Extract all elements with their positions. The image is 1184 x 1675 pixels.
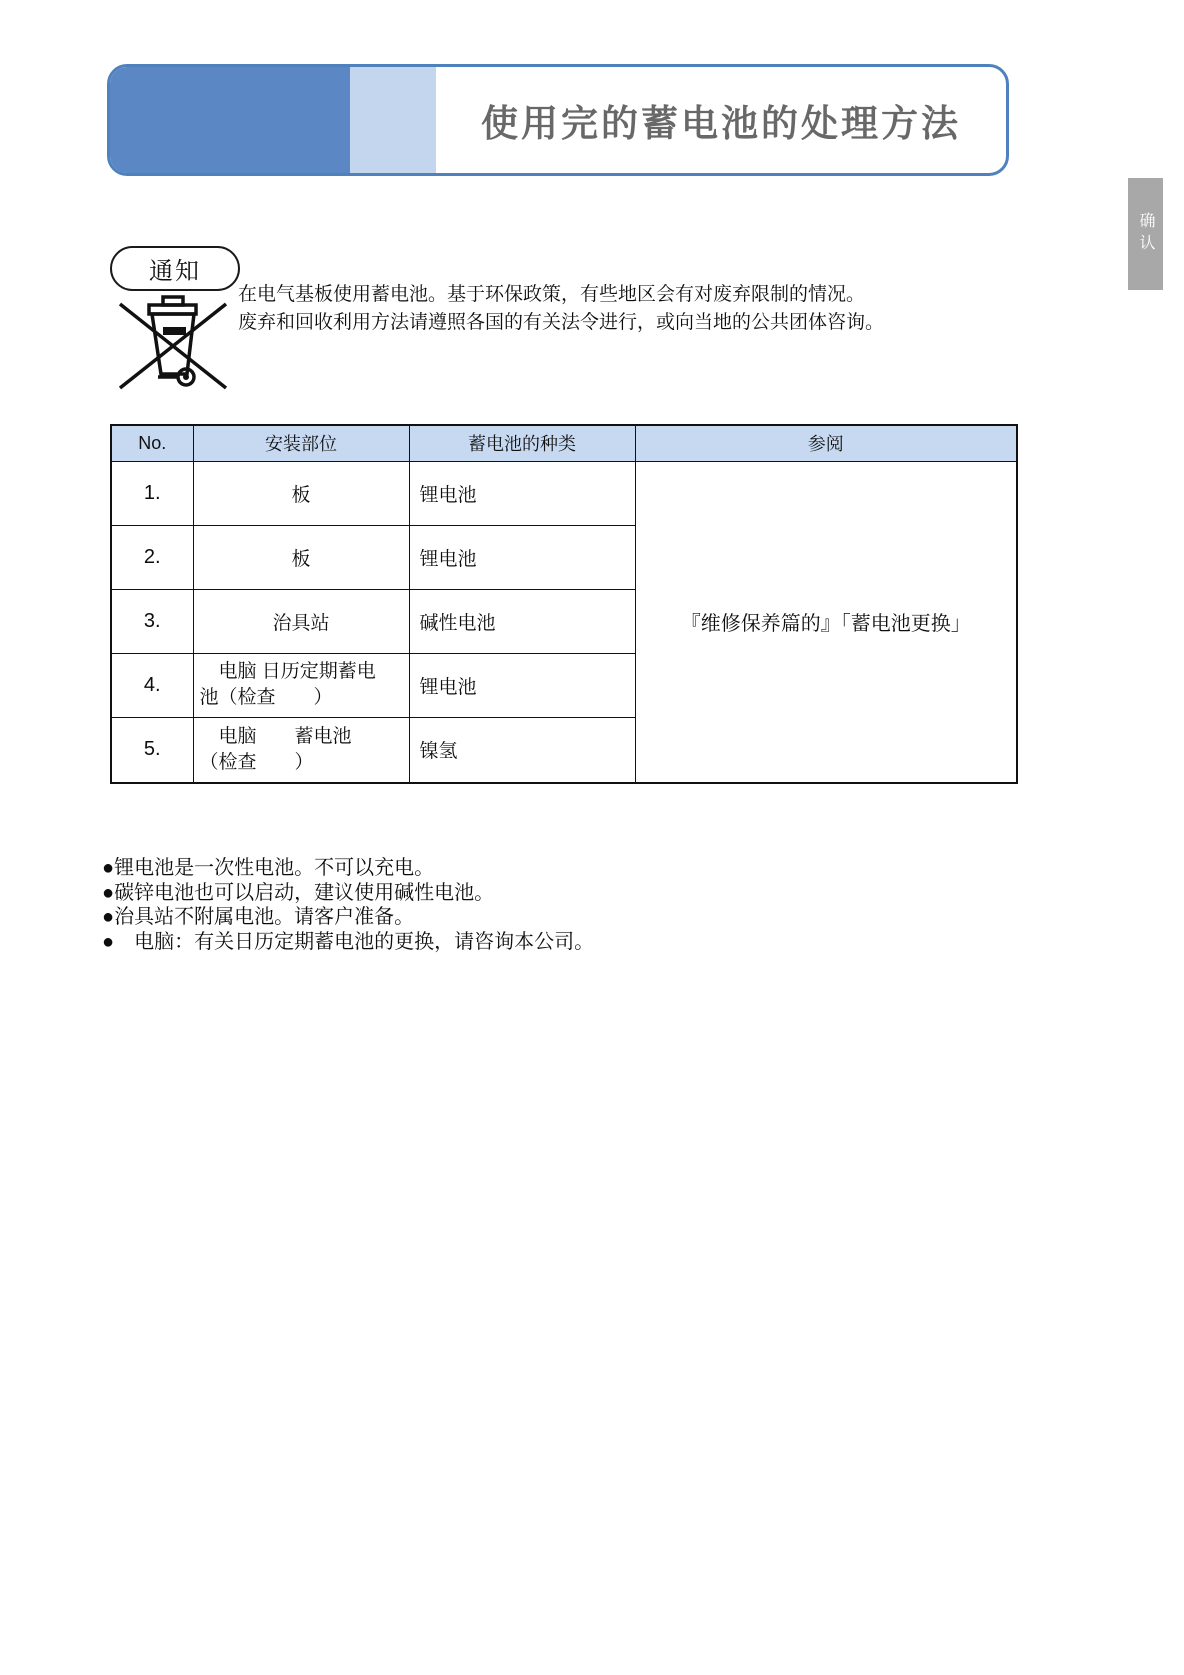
banner-light-blue-block [350,67,436,173]
note-line: ●治具站不附属电池。请客户准备。 [102,905,594,930]
page-header-banner: 使用完的蓄电池的处理方法 [107,64,1009,176]
note-line: ●锂电池是一次性电池。不可以充电。 [102,856,594,881]
cell-no: 2. [111,525,193,589]
header-battery-type: 蓄电池的种类 [409,425,635,461]
weee-crossed-out-wheeled-bin-icon [116,290,230,392]
cell-location: 电脑 蓄电池 （检查 ） [193,717,409,783]
banner-blue-block [110,67,350,173]
note-line: ● 电脑：有关日历定期蓄电池的更换，请咨询本公司。 [102,930,594,955]
cell-reference: 『维修保养篇的』「蓄电池更换」 [635,461,1017,783]
cell-no: 1. [111,461,193,525]
cell-type: 锂电池 [409,461,635,525]
cell-type: 镍氢 [409,717,635,783]
table-row: 1. 板 锂电池 『维修保养篇的』「蓄电池更换」 [111,461,1017,525]
cell-no: 5. [111,717,193,783]
cell-type: 锂电池 [409,653,635,717]
notice-line-1: 在电气基板使用蓄电池。基于环保政策，有些地区会有对废弃限制的情况。 [238,281,884,309]
cell-location: 板 [193,525,409,589]
side-chapter-tab: 确认 [1128,178,1163,290]
notice-line-2: 废弃和回收利用方法请遵照各国的有关法令进行，或向当地的公共团体咨询。 [238,309,884,337]
page-title: 使用完的蓄电池的处理方法 [481,93,961,147]
cell-no: 4. [111,653,193,717]
manual-page: 使用完的蓄电池的处理方法 确认 通知 在电气基板使用蓄电池。基于环保政策，有 [0,0,1184,1675]
notice-label: 通知 [110,246,240,291]
cell-location: 治具站 [193,589,409,653]
cell-no: 3. [111,589,193,653]
notice-text: 在电气基板使用蓄电池。基于环保政策，有些地区会有对废弃限制的情况。 废弃和回收利… [238,281,884,336]
table-header-row: No. 安装部位 蓄电池的种类 参阅 [111,425,1017,461]
cell-type: 锂电池 [409,525,635,589]
header-no: No. [111,425,193,461]
note-line: ●碳锌电池也可以启动，建议使用碱性电池。 [102,881,594,906]
banner-title-area: 使用完的蓄电池的处理方法 [436,67,1006,173]
battery-table: No. 安装部位 蓄电池的种类 参阅 1. 板 锂电池 『维修保养篇的』「蓄电池… [110,424,1018,784]
cell-location: 板 [193,461,409,525]
header-reference: 参阅 [635,425,1017,461]
footnotes: ●锂电池是一次性电池。不可以充电。 ●碳锌电池也可以启动，建议使用碱性电池。 ●… [102,856,594,954]
header-location: 安装部位 [193,425,409,461]
cell-type: 碱性电池 [409,589,635,653]
cell-location: 电脑 日历定期蓄电 池（检查 ） [193,653,409,717]
